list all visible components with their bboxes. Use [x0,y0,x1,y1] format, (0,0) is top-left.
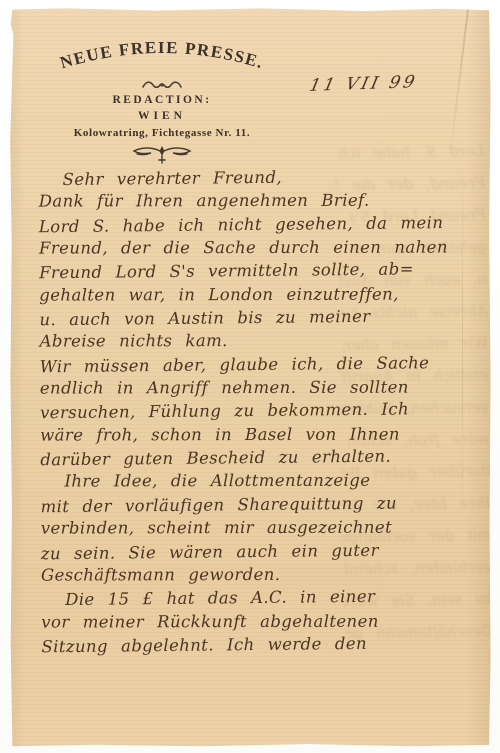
masthead: NEUE FREIE PRESSE. [36,30,288,78]
letter-line: Dank für Ihren angenehmen Brief. [39,189,479,213]
letter-line: mit der vorläufigen Sharequittung zu [40,491,480,519]
letter-line: zu sein. Sie wären auch ein guter [41,537,481,565]
letter-line: Lord S. habe ich nicht gesehen, da mein [39,210,479,238]
letter-line: Sehr verehrter Freund, [38,164,478,192]
letter-line: gehalten war, in London einzutreffen, [39,282,479,306]
paper-crease [449,8,469,157]
scroll-flourish-icon [141,79,183,91]
letter-date: 11 VII 99 [307,72,419,96]
letter-line: darüber guten Bescheid zu erhalten. [40,444,480,472]
masthead-text: NEUE FREIE PRESSE. [58,38,267,72]
letter-line: vor meiner Rückkunft abgehaltenen [41,609,481,633]
letter-line: Wir müssen aber, glaube ich, die Sache [40,350,480,378]
paper-crease [462,128,463,548]
letter-line: u. auch von Austin bis zu meiner [39,304,479,332]
letter-line: Freund Lord S's vermitteln sollte, ab= [39,257,479,285]
letter-line: Abreise nichts kam. [40,329,480,353]
letter-line: Die 15 £ hat das A.C. in einer [41,584,481,612]
letterhead: NEUE FREIE PRESSE. REDACTION: WIEN Kolow… [36,30,288,165]
winged-crest-icon [130,145,194,165]
letter-line: versuchen, Fühlung zu bekommen. Ich [40,397,480,425]
letterhead-address: Kolowratring, Fichtegasse Nr. 11. [36,127,288,139]
svg-text:NEUE FREIE PRESSE.: NEUE FREIE PRESSE. [58,38,267,72]
scan-background: NEUE FREIE PRESSE. REDACTION: WIEN Kolow… [0,0,500,753]
letter-line: endlich in Angriff nehmen. Sie sollten [40,376,480,400]
letter-line: Sitzung abgelehnt. Ich werde den [41,631,481,659]
letterhead-redaction: REDACTION: [36,94,288,106]
letter-line: verbinden, scheint mir ausgezeichnet [41,516,481,540]
letter-line: wäre froh, schon in Basel von Ihnen [40,422,480,446]
letter-line: Freund, der die Sache durch einen nahen [39,235,479,259]
letterhead-city: WIEN [36,110,288,122]
letter-line: Ihre Idee, die Allottmentanzeige [40,469,480,493]
letter-body: Sehr verehrter Freund,Dank für Ihren ang… [39,165,482,658]
letter-paper: NEUE FREIE PRESSE. REDACTION: WIEN Kolow… [10,8,491,747]
letter-line: Geschäftsmann geworden. [41,562,481,586]
